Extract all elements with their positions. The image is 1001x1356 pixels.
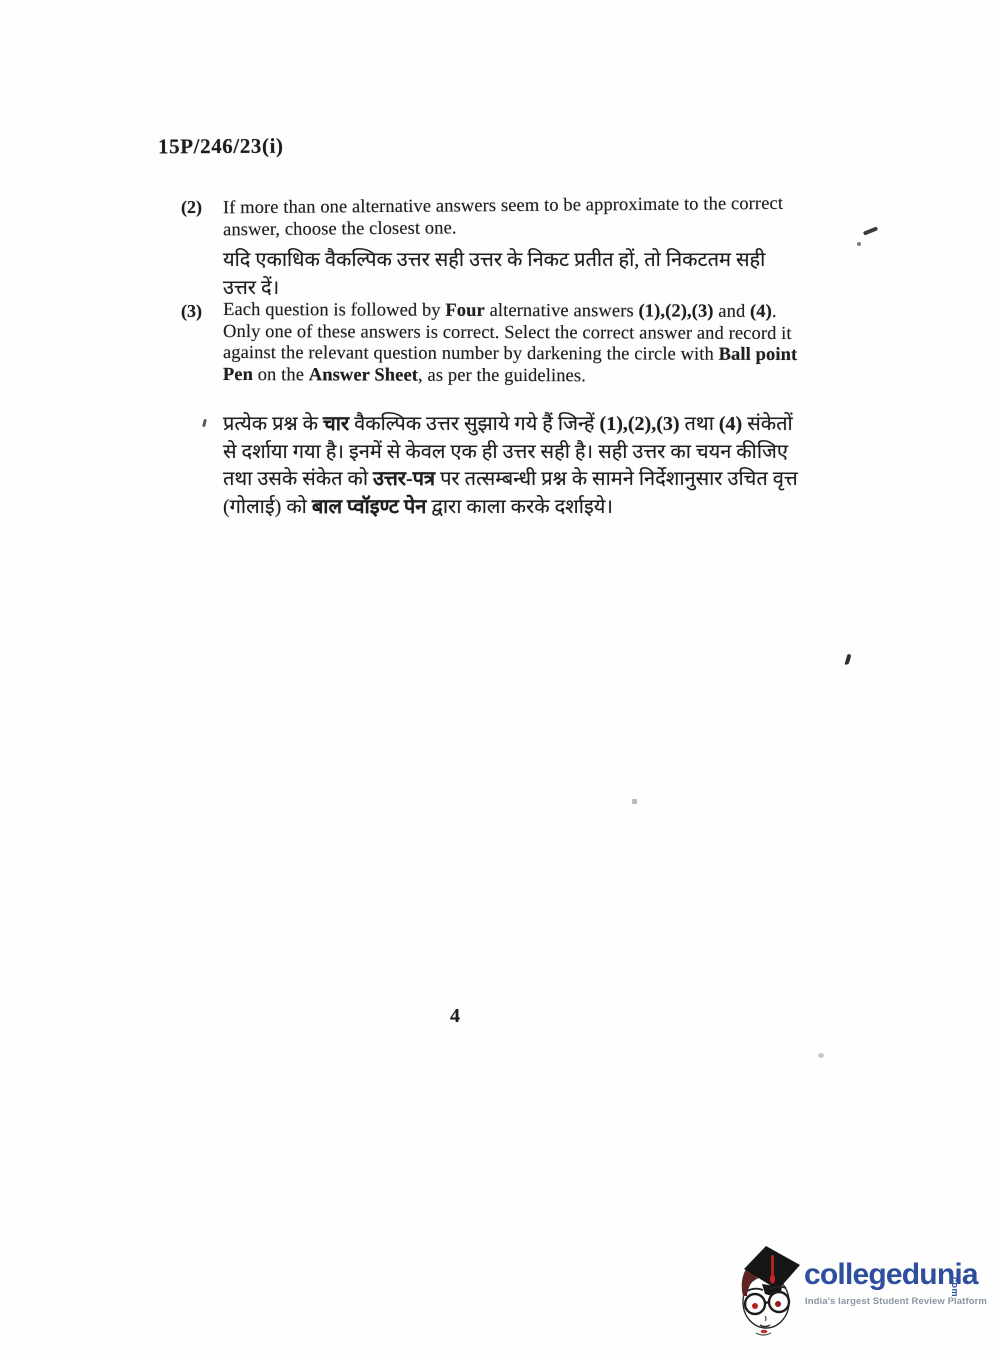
scan-speck (863, 226, 878, 235)
scan-speck (818, 1053, 824, 1058)
instruction-3-hindi: प्रत्येक प्रश्न के चार वैकल्पिक उत्तर सु… (223, 411, 801, 521)
scan-speck (857, 242, 861, 246)
scan-speck (202, 419, 207, 427)
instruction-number-3: (3) (181, 301, 223, 322)
scan-speck (632, 799, 637, 804)
instruction-3-english: Each question is followed by Four altern… (223, 300, 801, 388)
collegedunia-tld-text: .com (950, 1274, 960, 1297)
collegedunia-tagline: India's largest Student Review Platform (805, 1296, 995, 1307)
page-number: 4 (450, 1005, 460, 1028)
scanned-exam-page: 15P/246/23(i) (2) If more than one alter… (0, 0, 1001, 1356)
paper-code: 15P/246/23(i) (158, 134, 284, 160)
instruction-2-english: If more than one alternative answers see… (223, 194, 801, 242)
collegedunia-mascot-icon (738, 1246, 802, 1336)
instruction-number-2: (2) (181, 197, 223, 218)
collegedunia-logo: collegedunia .com India's largest Studen… (738, 1244, 996, 1340)
scan-speck (845, 654, 852, 666)
instruction-2-hindi: यदि एकाधिक वैकल्पिक उत्तर सही उत्तर के न… (223, 247, 801, 302)
